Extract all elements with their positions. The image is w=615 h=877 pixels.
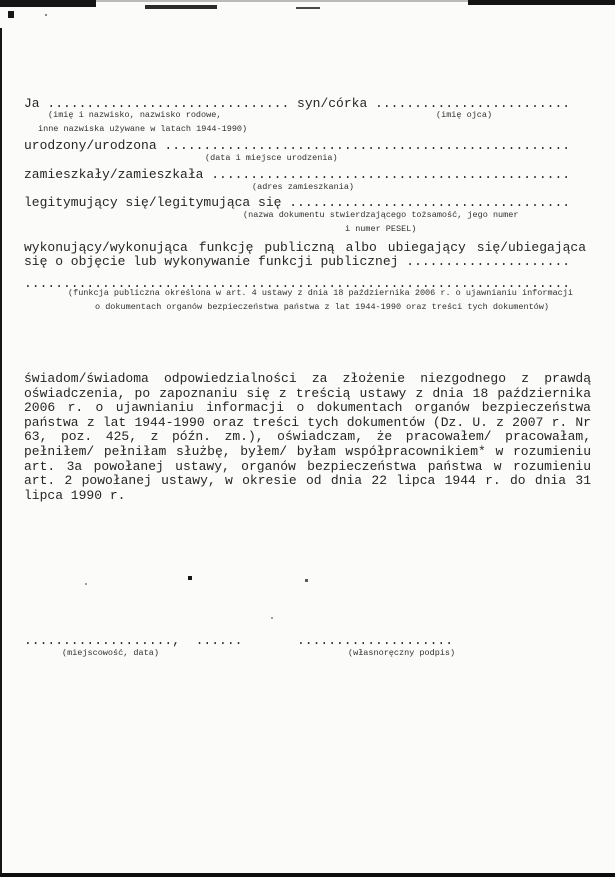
scan-artifact-bottom-band xyxy=(0,873,615,877)
place-date-label: (miejscowość, data) xyxy=(62,649,159,658)
declaration-line: lipca 1990 r. xyxy=(24,489,591,504)
scan-speck xyxy=(188,576,192,580)
name-field-label: (imię i nazwisko, nazwisko rodowe, xyxy=(48,111,221,120)
father-name-field-label: (imię ojca) xyxy=(436,111,492,120)
declaration-line: świadom/świadoma odpowiedzialności za zł… xyxy=(24,372,591,387)
public-function-line-1: wykonujący/wykonująca funkcję publiczną … xyxy=(24,241,586,254)
name-fill-line: Ja ............................... syn/c… xyxy=(24,97,570,110)
scan-speck xyxy=(8,11,14,18)
residence-field-label: (adres zamieszkania) xyxy=(252,183,354,192)
identity-field-label: (nazwa dokumentu stwierdzającego tożsamo… xyxy=(243,211,518,220)
declaration-line: 63, poz. 425, z późn. zm.), oświadczam, … xyxy=(24,430,591,445)
scan-artifact-top-band-left xyxy=(0,0,96,7)
place-date-fill-line: ..................., ...... xyxy=(24,634,242,647)
identity-fill-line: legitymujący się/legitymująca się ......… xyxy=(24,196,570,209)
scan-artifact-top-dash xyxy=(296,7,320,9)
public-function-line-2: się o objęcie lub wykonywanie funkcji pu… xyxy=(24,255,570,268)
scan-artifact-left-edge xyxy=(0,28,2,877)
declaration-line: państwa z lat 1944-1990 oraz treści tych… xyxy=(24,416,591,431)
signature-fill-line: .................... xyxy=(297,634,453,647)
signature-label: (własnoręczny podpis) xyxy=(348,649,455,658)
residence-fill-line: zamieszkały/zamieszkała ................… xyxy=(24,168,570,181)
public-function-label-2: o dokumentach organów bezpieczeństwa pań… xyxy=(95,303,549,312)
scan-speck xyxy=(85,583,87,585)
scan-artifact-top-band-mid xyxy=(145,5,217,9)
declaration-line: art. 3a powołanej ustawy, organów bezpie… xyxy=(24,460,591,475)
birth-field-label: (data i miejsce urodzenia) xyxy=(205,154,338,163)
scan-speck xyxy=(305,579,308,582)
identity-field-label-cont: i numer PESEL) xyxy=(345,225,416,234)
declaration-line: oświadczenia, po zapoznaniu się z treści… xyxy=(24,387,591,402)
birth-fill-line: urodzony/urodzona ......................… xyxy=(24,139,570,152)
scanned-document-page: Ja ............................... syn/c… xyxy=(0,0,615,877)
declaration-line: pełniłem/ pełniłam służbę, byłem/ byłam … xyxy=(24,445,591,460)
declaration-line: 2006 r. o ujawnianiu informacji o dokume… xyxy=(24,401,591,416)
declaration-paragraph: świadom/świadoma odpowiedzialności za zł… xyxy=(24,372,591,503)
scan-artifact-top-band-right xyxy=(468,0,615,5)
name-field-label-cont: inne nazwiska używane w latach 1944-1990… xyxy=(38,125,247,134)
public-function-label-1: (funkcja publiczna określona w art. 4 us… xyxy=(68,289,573,298)
scan-artifact-top-band-faint xyxy=(96,0,468,2)
scan-speck xyxy=(45,14,47,16)
declaration-line: art. 2 powołanej ustawy, w okresie od dn… xyxy=(24,474,591,489)
scan-speck xyxy=(271,617,273,619)
